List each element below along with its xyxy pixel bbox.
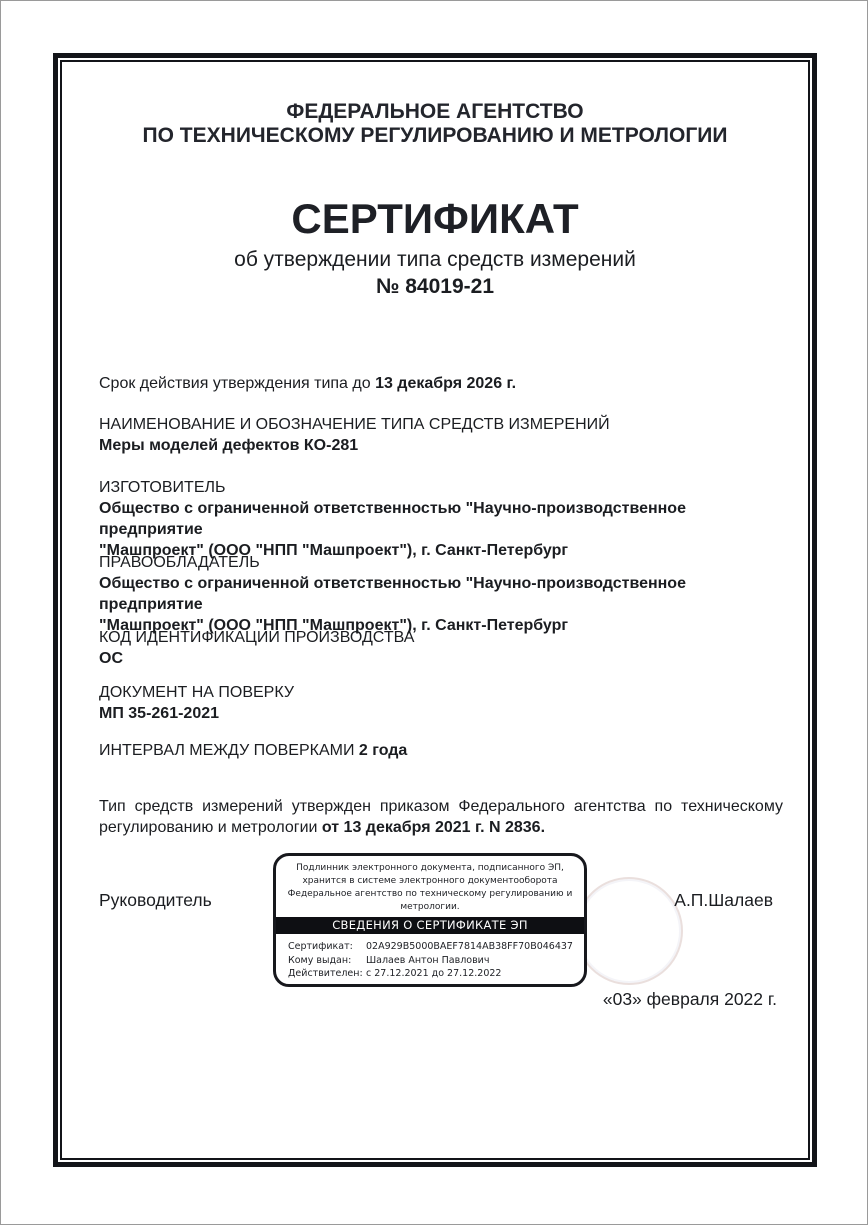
interval-line: ИНТЕРВАЛ МЕЖДУ ПОВЕРКАМИ 2 года bbox=[99, 740, 783, 761]
section-label: НАИМЕНОВАНИЕ И ОБОЗНАЧЕНИЕ ТИПА СРЕДСТВ … bbox=[99, 414, 783, 435]
validity-line: Срок действия утверждения типа до 13 дек… bbox=[99, 373, 783, 394]
signature-name: А.П.Шалаев bbox=[674, 890, 773, 911]
section-value: Меры моделей дефектов КО-281 bbox=[99, 435, 783, 456]
esign-stamp-fields: Сертификат: 02A929B5000BAEF7814AB38FF70B… bbox=[276, 940, 584, 981]
section-value-line-1: Общество с ограниченной ответственностью… bbox=[99, 498, 783, 540]
interval-label: ИНТЕРВАЛ МЕЖДУ ПОВЕРКАМИ bbox=[99, 742, 359, 759]
esign-stamp-header-line: хранится в системе электронного документ… bbox=[276, 875, 584, 888]
esign-issued-to-label: Кому выдан: bbox=[288, 954, 366, 968]
esign-issued-to-value: Шалаев Антон Павлович bbox=[366, 954, 584, 968]
esign-stamp-title-bar: СВЕДЕНИЯ О СЕРТИФИКАТЕ ЭП bbox=[276, 917, 584, 934]
section-verification-doc: ДОКУМЕНТ НА ПОВЕРКУ МП 35-261-2021 bbox=[99, 682, 783, 724]
section-value: ОС bbox=[99, 648, 783, 669]
esign-certificate-row: Сертификат: 02A929B5000BAEF7814AB38FF70B… bbox=[288, 940, 584, 954]
issue-date: «03» февраля 2022 г. bbox=[603, 989, 777, 1010]
validity-value: 13 декабря 2026 г. bbox=[375, 375, 516, 392]
esign-valid-label: Действителен: bbox=[288, 967, 366, 981]
certificate-number: № 84019-21 bbox=[67, 275, 803, 299]
esign-stamp-header-line: метрологии. bbox=[276, 901, 584, 914]
certificate-subtitle: об утверждении типа средств измерений bbox=[67, 248, 803, 272]
agency-line-2: ПО ТЕХНИЧЕСКОМУ РЕГУЛИРОВАНИЮ И МЕТРОЛОГ… bbox=[67, 124, 803, 148]
official-seal-mark bbox=[575, 877, 683, 985]
approval-order-ref: от 13 декабря 2021 г. N 2836. bbox=[322, 819, 545, 836]
section-manufacturer: ИЗГОТОВИТЕЛЬ Общество с ограниченной отв… bbox=[99, 477, 783, 561]
esign-certificate-value: 02A929B5000BAEF7814AB38FF70B046437 bbox=[366, 940, 584, 954]
validity-label: Срок действия утверждения типа до bbox=[99, 375, 375, 392]
agency-line-1: ФЕДЕРАЛЬНОЕ АГЕНТСТВО bbox=[67, 100, 803, 124]
section-rights-holder: ПРАВООБЛАДАТЕЛЬ Общество с ограниченной … bbox=[99, 552, 783, 636]
section-value-line-1: Общество с ограниченной ответственностью… bbox=[99, 573, 783, 615]
section-label: КОД ИДЕНТИФИКАЦИИ ПРОИЗВОДСТВА bbox=[99, 627, 783, 648]
approval-paragraph: Тип средств измерений утвержден приказом… bbox=[99, 796, 783, 838]
certificate-page: ФЕДЕРАЛЬНОЕ АГЕНТСТВО ПО ТЕХНИЧЕСКОМУ РЕ… bbox=[0, 0, 868, 1225]
esign-stamp: Подлинник электронного документа, подпис… bbox=[273, 853, 587, 987]
section-production-code: КОД ИДЕНТИФИКАЦИИ ПРОИЗВОДСТВА ОС bbox=[99, 627, 783, 669]
esign-valid-row: Действителен: с 27.12.2021 до 27.12.2022 bbox=[288, 967, 584, 981]
esign-stamp-header-line: Федеральное агентство по техническому ре… bbox=[276, 888, 584, 901]
section-value: МП 35-261-2021 bbox=[99, 703, 783, 724]
section-label: ДОКУМЕНТ НА ПОВЕРКУ bbox=[99, 682, 783, 703]
certificate-title: СЕРТИФИКАТ bbox=[67, 197, 803, 241]
interval-value: 2 года bbox=[359, 742, 407, 759]
esign-stamp-header-line: Подлинник электронного документа, подпис… bbox=[276, 862, 584, 875]
esign-certificate-label: Сертификат: bbox=[288, 940, 366, 954]
esign-stamp-header: Подлинник электронного документа, подпис… bbox=[276, 862, 584, 914]
agency-name: ФЕДЕРАЛЬНОЕ АГЕНТСТВО ПО ТЕХНИЧЕСКОМУ РЕ… bbox=[67, 100, 803, 148]
esign-valid-value: с 27.12.2021 до 27.12.2022 bbox=[366, 967, 584, 981]
section-label: ПРАВООБЛАДАТЕЛЬ bbox=[99, 552, 783, 573]
section-label: ИЗГОТОВИТЕЛЬ bbox=[99, 477, 783, 498]
esign-issued-to-row: Кому выдан: Шалаев Антон Павлович bbox=[288, 954, 584, 968]
signature-role: Руководитель bbox=[99, 890, 212, 911]
section-type-name: НАИМЕНОВАНИЕ И ОБОЗНАЧЕНИЕ ТИПА СРЕДСТВ … bbox=[99, 414, 783, 456]
